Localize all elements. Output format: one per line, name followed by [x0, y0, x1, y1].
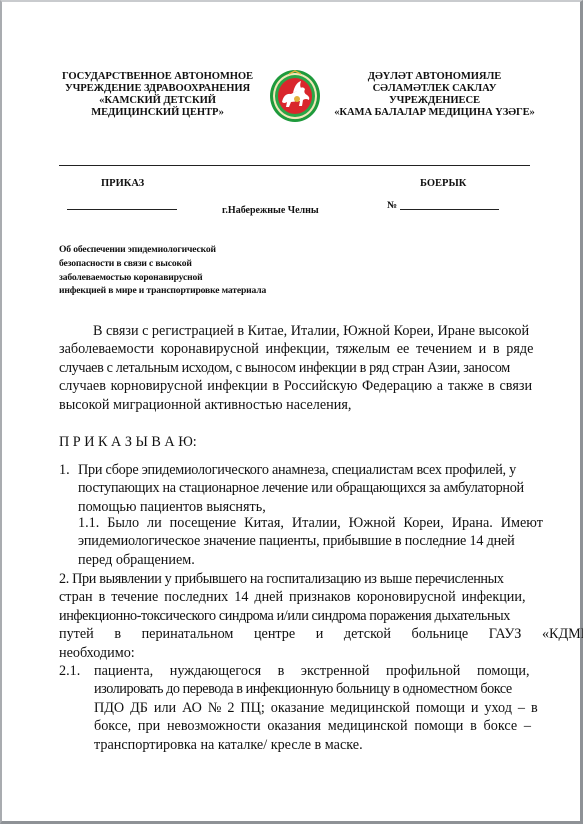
tatarstan-coat-of-arms-icon [269, 69, 321, 123]
org-line: УЧРЕЖДЕНИЕ ЗДРАВООХРАНЕНИЯ [60, 83, 255, 95]
order-city: г.Набережные Челны [222, 205, 319, 216]
org-line: «КАМСКИЙ ДЕТСКИЙ [60, 95, 255, 107]
text-line: перед обращением. [78, 551, 528, 569]
text-line: 2. При выявлении у прибывшего на госпита… [59, 570, 528, 588]
order-number-field[interactable] [400, 209, 499, 210]
text-line: необходимо: [59, 644, 528, 662]
org-line: «КАМА БАЛАЛАР МЕДИЦИНА ҮЗӘГЕ» [332, 107, 537, 119]
text-line: случаев корновирусной инфекции в Российс… [59, 377, 528, 395]
order-date-field[interactable] [67, 209, 177, 210]
text-line: боксе, при невозможности оказания медици… [94, 717, 528, 735]
text-line: транспортировка на каталке/ кресле в мас… [94, 736, 528, 754]
subject-line: инфекцией в мире и транспортировке матер… [59, 284, 266, 298]
subject-line: заболеваемостью коронавирусной [59, 271, 266, 285]
text-line: случаев с летальным исходом, с выносом и… [59, 359, 528, 377]
text-line: В связи с регистрацией в Китае, Италии, … [59, 322, 528, 340]
org-line: ДӘҮЛӘТ АВТОНОМИЯЛЕ [332, 71, 537, 83]
order-title-tatar: БОЕРЫК [420, 178, 466, 189]
text-line: пациента, нуждающегося в экстренной проф… [94, 662, 528, 680]
order-subject: Об обеспечении эпидемиологической безопа… [59, 243, 266, 298]
text-line: ПДО ДБ или АО № 2 ПЦ; оказание медицинск… [94, 699, 528, 717]
item-2-1-number: 2.1. [59, 662, 80, 680]
item-2-1-text: пациента, нуждающегося в экстренной проф… [94, 662, 528, 754]
text-line: заболеваемости коронавирусной инфекции, … [59, 340, 528, 358]
item-1-number: 1. [59, 461, 70, 479]
subject-line: безопасности в связи с высокой [59, 257, 266, 271]
order-number-label: № [387, 200, 397, 211]
preamble-paragraph: В связи с регистрацией в Китае, Италии, … [59, 322, 528, 414]
subject-line: Об обеспечении эпидемиологической [59, 243, 266, 257]
text-line: инфекционно-токсического синдрома и/или … [59, 607, 528, 625]
document-page: ГОСУДАРСТВЕННОЕ АВТОНОМНОЕ УЧРЕЖДЕНИЕ ЗД… [0, 0, 583, 824]
text-line: поступающих на стационарное лечение или … [78, 479, 528, 497]
text-line: изолировать до перевода в инфекционную б… [94, 680, 528, 698]
org-name-russian: ГОСУДАРСТВЕННОЕ АВТОНОМНОЕ УЧРЕЖДЕНИЕ ЗД… [60, 71, 255, 119]
org-line: СӘЛАМӘТЛЕК САКЛАУ [332, 83, 537, 95]
org-line: УЧРЕЖДЕНИЕСЕ [332, 95, 537, 107]
order-heading: П Р И К А З Ы В А Ю: [59, 433, 197, 451]
org-name-tatar: ДӘҮЛӘТ АВТОНОМИЯЛЕ СӘЛАМӘТЛЕК САКЛАУ УЧР… [332, 71, 537, 119]
text-line: стран в течение последних 14 дней призна… [59, 588, 528, 606]
org-line: МЕДИЦИНСКИЙ ЦЕНТР» [60, 107, 255, 119]
order-title-russian: ПРИКАЗ [101, 178, 144, 189]
text-line: 1.1. Было ли посещение Китая, Италии, Юж… [78, 514, 528, 532]
text-line: высокой миграционной активностью населен… [59, 396, 528, 414]
item-2-text: 2. При выявлении у прибывшего на госпита… [59, 570, 528, 662]
item-1-text: При сборе эпидемиологического анамнеза, … [78, 461, 528, 516]
org-line: ГОСУДАРСТВЕННОЕ АВТОНОМНОЕ [60, 71, 255, 83]
item-1-1-text: 1.1. Было ли посещение Китая, Италии, Юж… [78, 514, 528, 569]
text-line: путей в перинатальном центре и детской б… [59, 625, 528, 643]
header-divider [59, 165, 530, 166]
text-line: эпидемиологическое значение пациенты, пр… [78, 532, 528, 550]
text-line: При сборе эпидемиологического анамнеза, … [78, 461, 528, 479]
